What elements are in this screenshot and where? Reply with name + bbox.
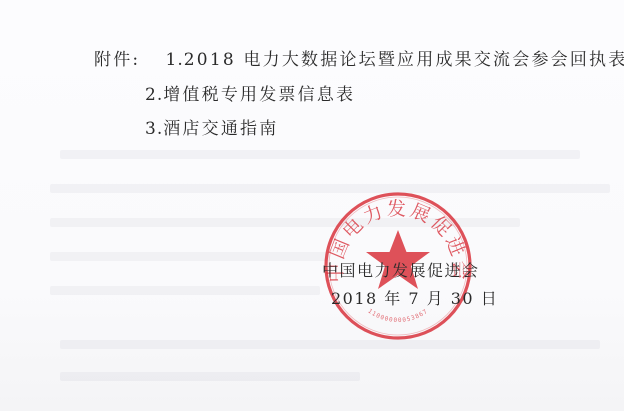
bleed-through-line [60, 150, 580, 159]
bleed-through-line [50, 286, 320, 295]
attachments-label: 附件: [94, 50, 140, 70]
bleed-through-line [50, 252, 330, 261]
attachment-text: 酒店交通指南 [163, 119, 278, 139]
star-icon [366, 230, 430, 289]
attachment-number: 2. [145, 85, 163, 105]
attachment-item-2: 2.增值税专用发票信息表 [145, 85, 355, 105]
seal-serial: 11000000053867 [367, 308, 430, 324]
attachment-item-3: 3.酒店交通指南 [145, 119, 278, 139]
attachment-text: 2018 电力大数据论坛暨应用成果交流会参会回执表 [184, 50, 624, 70]
signature-date: 2018 年 7 月 30 日 [331, 290, 498, 308]
attachment-number: 3. [145, 119, 163, 139]
svg-text:11000000053867: 11000000053867 [367, 308, 430, 324]
attachment-item-1: 附件: 1.2018 电力大数据论坛暨应用成果交流会参会回执表 [94, 50, 624, 70]
attachment-number: 1. [166, 50, 184, 70]
document-page: 附件: 1.2018 电力大数据论坛暨应用成果交流会参会回执表 2.增值税专用发… [0, 0, 624, 411]
bleed-through-line [60, 372, 360, 381]
signature-organization: 中国电力发展促进会 [322, 262, 480, 280]
attachment-text: 增值税专用发票信息表 [163, 85, 355, 105]
